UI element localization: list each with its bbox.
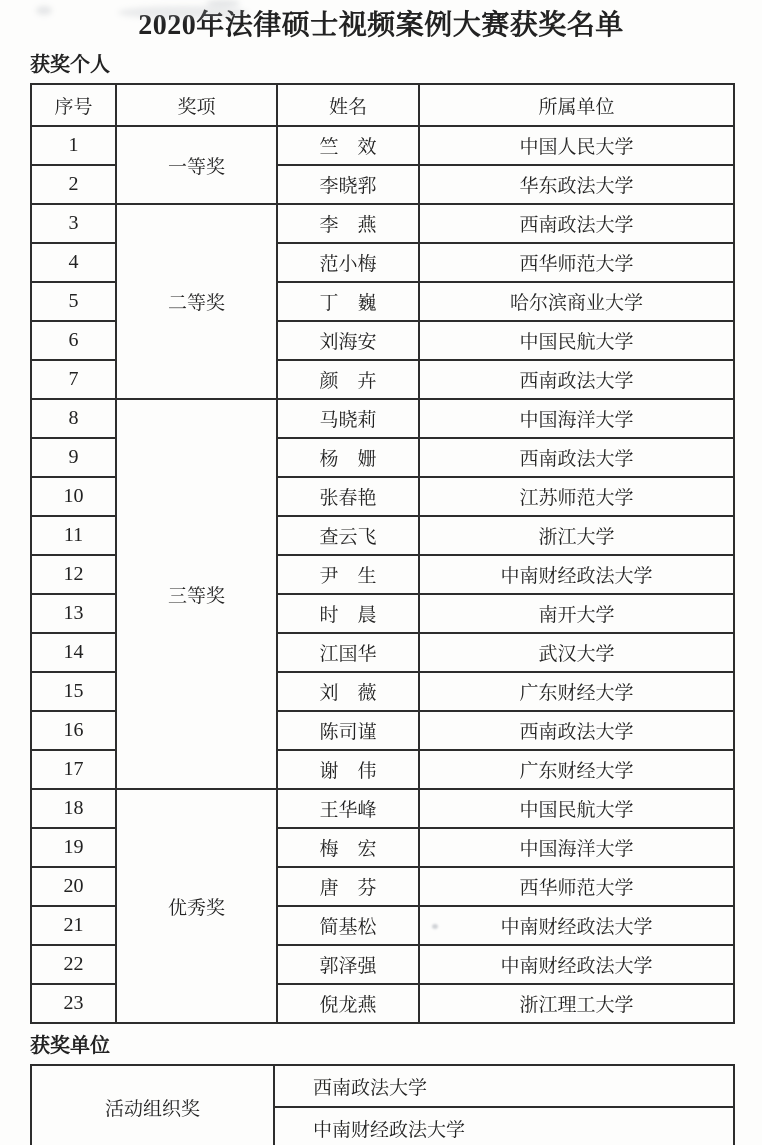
winner-unit-cell: 西南政法大学 (419, 711, 734, 750)
winner-unit-cell: 西南政法大学 (419, 204, 734, 243)
table-row: 活动组织奖 西南政法大学 (31, 1065, 734, 1107)
table-row: 1一等奖竺 效中国人民大学 (31, 126, 734, 165)
col-header-name: 姓名 (277, 84, 419, 126)
winner-name-cell: 查云飞 (277, 516, 419, 555)
winner-unit-cell: 中国海洋大学 (419, 399, 734, 438)
winner-unit-cell: 哈尔滨商业大学 (419, 282, 734, 321)
col-header-unit: 所属单位 (419, 84, 734, 126)
winner-name-cell: 颜 卉 (277, 360, 419, 399)
winner-unit-cell: 中南财经政法大学 (419, 906, 734, 945)
table-row: 3二等奖李 燕西南政法大学 (31, 204, 734, 243)
serial-cell: 2 (31, 165, 116, 204)
winner-name-cell: 郭泽强 (277, 945, 419, 984)
serial-cell: 7 (31, 360, 116, 399)
org-unit-cell: 中南财经政法大学 (274, 1107, 734, 1145)
serial-cell: 20 (31, 867, 116, 906)
winner-name-cell: 丁 巍 (277, 282, 419, 321)
serial-cell: 18 (31, 789, 116, 828)
winner-unit-cell: 中南财经政法大学 (419, 555, 734, 594)
winner-unit-cell: 广东财经大学 (419, 750, 734, 789)
col-header-serial: 序号 (31, 84, 116, 126)
unit-section-heading: 获奖单位 (30, 1034, 762, 1059)
individual-awards-table: 序号 奖项 姓名 所属单位 1一等奖竺 效中国人民大学2李晓郛华东政法大学3二等… (30, 83, 735, 1024)
winner-name-cell: 尹 生 (277, 555, 419, 594)
winner-name-cell: 倪龙燕 (277, 984, 419, 1023)
document-title: 2020年法律硕士视频案例大赛获奖名单 (0, 0, 762, 43)
table-row: 8三等奖马晓莉中国海洋大学 (31, 399, 734, 438)
winner-name-cell: 杨 姗 (277, 438, 419, 477)
serial-cell: 14 (31, 633, 116, 672)
winner-unit-cell: 西华师范大学 (419, 243, 734, 282)
individual-section-heading: 获奖个人 (30, 53, 762, 78)
winner-name-cell: 梅 宏 (277, 828, 419, 867)
award-cell: 三等奖 (116, 399, 277, 789)
winner-name-cell: 陈司谨 (277, 711, 419, 750)
winner-name-cell: 李 燕 (277, 204, 419, 243)
serial-cell: 4 (31, 243, 116, 282)
winner-unit-cell: 西华师范大学 (419, 867, 734, 906)
winner-name-cell: 李晓郛 (277, 165, 419, 204)
winner-name-cell: 张春艳 (277, 477, 419, 516)
serial-cell: 16 (31, 711, 116, 750)
winner-name-cell: 马晓莉 (277, 399, 419, 438)
serial-cell: 9 (31, 438, 116, 477)
winner-unit-cell: 华东政法大学 (419, 165, 734, 204)
serial-cell: 12 (31, 555, 116, 594)
winner-name-cell: 范小梅 (277, 243, 419, 282)
winner-unit-cell: 南开大学 (419, 594, 734, 633)
award-cell: 一等奖 (116, 126, 277, 204)
serial-cell: 15 (31, 672, 116, 711)
winner-name-cell: 时 晨 (277, 594, 419, 633)
serial-cell: 3 (31, 204, 116, 243)
org-unit-cell: 西南政法大学 (274, 1065, 734, 1107)
table-row: 18优秀奖王华峰中国民航大学 (31, 789, 734, 828)
winner-unit-cell: 中国民航大学 (419, 789, 734, 828)
serial-cell: 5 (31, 282, 116, 321)
winner-unit-cell: 中南财经政法大学 (419, 945, 734, 984)
document-page: 2020年法律硕士视频案例大赛获奖名单 获奖个人 序号 奖项 姓名 所属单位 1… (0, 0, 762, 1145)
serial-cell: 13 (31, 594, 116, 633)
winner-unit-cell: 武汉大学 (419, 633, 734, 672)
winner-name-cell: 刘 薇 (277, 672, 419, 711)
award-cell: 二等奖 (116, 204, 277, 399)
winner-name-cell: 唐 芬 (277, 867, 419, 906)
winner-unit-cell: 广东财经大学 (419, 672, 734, 711)
winner-name-cell: 简基松 (277, 906, 419, 945)
col-header-award: 奖项 (116, 84, 277, 126)
winner-unit-cell: 浙江理工大学 (419, 984, 734, 1023)
serial-cell: 19 (31, 828, 116, 867)
winner-name-cell: 竺 效 (277, 126, 419, 165)
winner-name-cell: 江国华 (277, 633, 419, 672)
winner-name-cell: 刘海安 (277, 321, 419, 360)
winner-unit-cell: 中国海洋大学 (419, 828, 734, 867)
serial-cell: 22 (31, 945, 116, 984)
winner-unit-cell: 江苏师范大学 (419, 477, 734, 516)
award-cell: 优秀奖 (116, 789, 277, 1023)
serial-cell: 17 (31, 750, 116, 789)
serial-cell: 1 (31, 126, 116, 165)
org-award-cell: 活动组织奖 (31, 1065, 274, 1145)
winner-unit-cell: 浙江大学 (419, 516, 734, 555)
unit-awards-table: 活动组织奖 西南政法大学 中南财经政法大学 (30, 1064, 735, 1145)
winner-unit-cell: 西南政法大学 (419, 360, 734, 399)
serial-cell: 8 (31, 399, 116, 438)
winner-unit-cell: 中国民航大学 (419, 321, 734, 360)
serial-cell: 6 (31, 321, 116, 360)
serial-cell: 10 (31, 477, 116, 516)
winner-name-cell: 王华峰 (277, 789, 419, 828)
serial-cell: 11 (31, 516, 116, 555)
winner-unit-cell: 西南政法大学 (419, 438, 734, 477)
serial-cell: 23 (31, 984, 116, 1023)
winner-name-cell: 谢 伟 (277, 750, 419, 789)
winner-unit-cell: 中国人民大学 (419, 126, 734, 165)
serial-cell: 21 (31, 906, 116, 945)
table-header-row: 序号 奖项 姓名 所属单位 (31, 84, 734, 126)
